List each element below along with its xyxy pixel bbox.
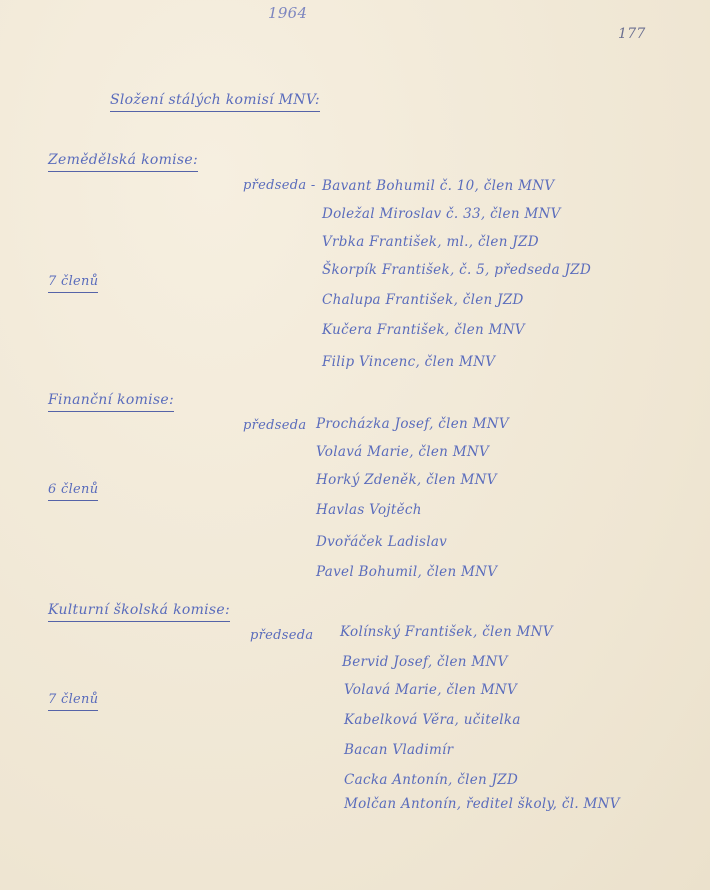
section-heading-finance: Finanční komise:	[48, 392, 174, 412]
page-title: Složení stálých komisí MNV:	[110, 92, 320, 112]
member-entry: Chalupa František, člen JZD	[322, 292, 524, 308]
member-entry: Cacka Antonín, člen JZD	[344, 772, 518, 788]
year-note: 1964	[268, 4, 307, 22]
member-entry: Doležal Miroslav č. 33, člen MNV	[322, 206, 561, 222]
section-heading-culture-school: Kulturní školská komise:	[48, 602, 230, 622]
member-count: 7 členů	[48, 274, 98, 293]
member-entry: Pavel Bohumil, člen MNV	[316, 564, 497, 580]
chair-label: předseda	[243, 418, 306, 433]
member-entry: Kolínský František, člen MNV	[340, 624, 553, 640]
member-entry: Bavant Bohumil č. 10, člen MNV	[322, 178, 554, 194]
member-count: 7 členů	[48, 692, 98, 711]
member-entry: Vrbka František, ml., člen JZD	[322, 234, 539, 250]
member-entry: Volavá Marie, člen MNV	[316, 444, 489, 460]
member-entry: Havlas Vojtěch	[316, 502, 422, 518]
member-entry: Bacan Vladimír	[344, 742, 453, 758]
member-entry: Filip Vincenc, člen MNV	[322, 354, 495, 370]
member-count: 6 členů	[48, 482, 98, 501]
member-entry: Dvořáček Ladislav	[316, 534, 447, 550]
member-entry: Kabelková Věra, učitelka	[344, 712, 521, 728]
member-entry: Procházka Josef, člen MNV	[316, 416, 509, 432]
chair-label: předseda	[250, 628, 313, 643]
page-number: 177	[618, 26, 646, 42]
member-entry: Bervid Josef, člen MNV	[342, 654, 508, 670]
section-heading-agriculture: Zemědělská komise:	[48, 152, 198, 172]
member-entry: Volavá Marie, člen MNV	[344, 682, 517, 698]
member-entry: Kučera František, člen MNV	[322, 322, 525, 338]
member-entry: Horký Zdeněk, člen MNV	[316, 472, 497, 488]
member-entry: Škorpík František, č. 5, předseda JZD	[322, 262, 591, 278]
member-entry: Molčan Antonín, ředitel školy, čl. MNV	[344, 796, 620, 812]
chair-label: předseda -	[243, 178, 316, 193]
